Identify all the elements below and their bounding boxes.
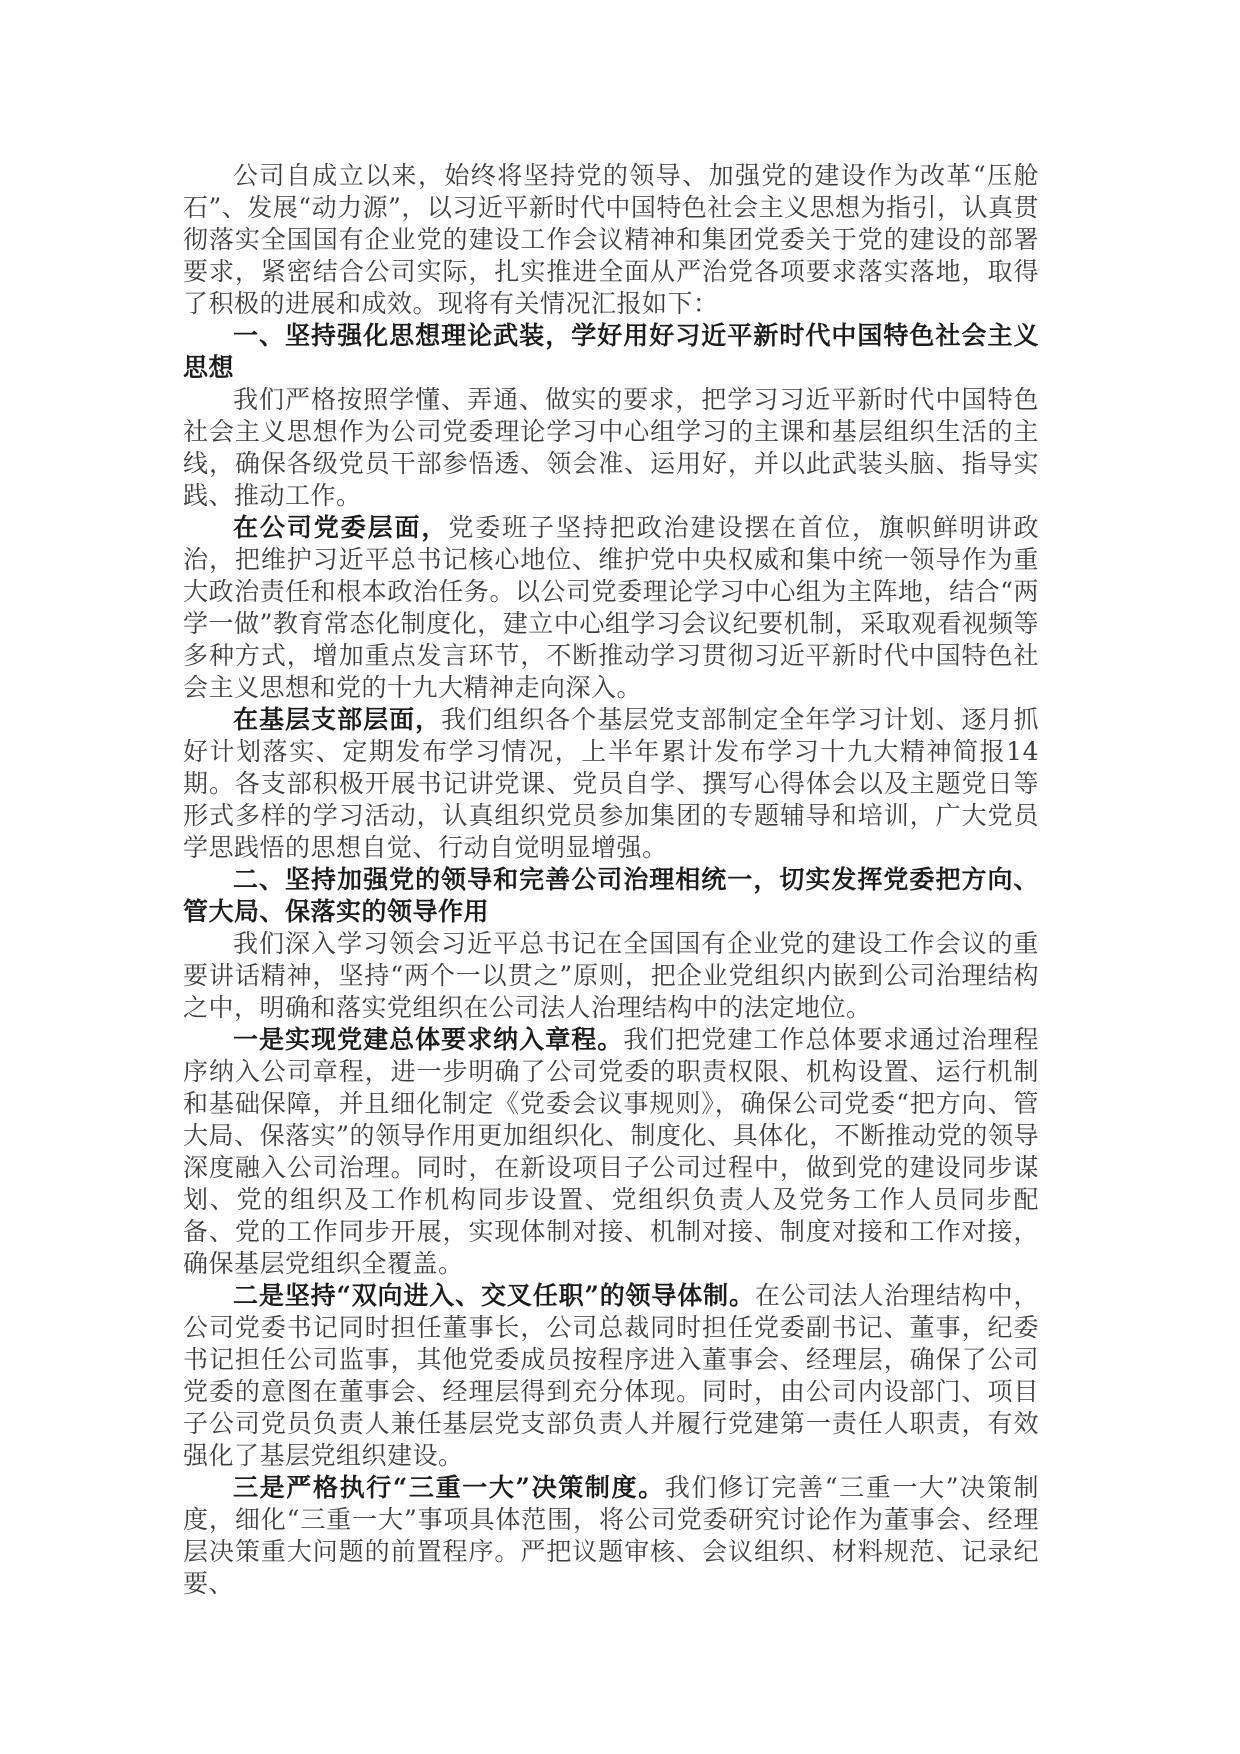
- point-1-paragraph: 一是实现党建总体要求纳入章程。我们把党建工作总体要求通过治理程序纳入公司章程，进…: [183, 1024, 1039, 1280]
- point-3-paragraph: 三是严格执行“三重一大”决策制度。我们修订完善“三重一大”决策制度，细化“三重一…: [183, 1472, 1039, 1600]
- paragraph-lead: 一是实现党建总体要求纳入章程。: [233, 1025, 623, 1054]
- paragraph-text: 我们把党建工作总体要求通过治理程序纳入公司章程，进一步明确了公司党委的职责权限、…: [183, 1025, 1039, 1278]
- paragraph-lead: 二是坚持“双向进入、交叉任职”的领导体制。: [233, 1281, 755, 1310]
- section-2-paragraph: 我们深入学习领会习近平总书记在全国国有企业党的建设工作会议的重要讲话精神，坚持“…: [183, 928, 1039, 1024]
- paragraph-text: 我们深入学习领会习近平总书记在全国国有企业党的建设工作会议的重要讲话精神，坚持“…: [183, 929, 1039, 1022]
- section-1-paragraph: 我们严格按照学懂、弄通、做实的要求，把学习习近平新时代中国特色社会主义思想作为公…: [183, 384, 1039, 512]
- document-page: 公司自成立以来，始终将坚持党的领导、加强党的建设作为改革“压舱石”、发展“动力源…: [0, 0, 1240, 1754]
- section-1-heading: 一、坚持强化思想理论武装，学好用好习近平新时代中国特色社会主义思想: [183, 320, 1039, 384]
- committee-level-paragraph: 在公司党委层面，党委班子坚持把政治建设摆在首位，旗帜鲜明讲政治，把维护习近平总书…: [183, 512, 1039, 704]
- paragraph-lead: 在公司党委层面，: [233, 513, 448, 542]
- section-2-heading: 二、坚持加强党的领导和完善公司治理相统一，切实发挥党委把方向、管大局、保落实的领…: [183, 864, 1039, 928]
- paragraph-text: 我们严格按照学懂、弄通、做实的要求，把学习习近平新时代中国特色社会主义思想作为公…: [183, 385, 1039, 510]
- document-body: 公司自成立以来，始终将坚持党的领导、加强党的建设作为改革“压舱石”、发展“动力源…: [183, 160, 1039, 1600]
- paragraph-lead: 在基层支部层面，: [233, 705, 441, 734]
- branch-level-paragraph: 在基层支部层面，我们组织各个基层党支部制定全年学习计划、逐月抓好计划落实、定期发…: [183, 704, 1039, 864]
- heading-text: 一、坚持强化思想理论武装，学好用好习近平新时代中国特色社会主义思想: [183, 321, 1039, 382]
- point-2-paragraph: 二是坚持“双向进入、交叉任职”的领导体制。在公司法人治理结构中，公司党委书记同时…: [183, 1280, 1039, 1472]
- paragraph-text: 公司自成立以来，始终将坚持党的领导、加强党的建设作为改革“压舱石”、发展“动力源…: [183, 161, 1039, 318]
- opening-paragraph: 公司自成立以来，始终将坚持党的领导、加强党的建设作为改革“压舱石”、发展“动力源…: [183, 160, 1039, 320]
- paragraph-lead: 三是严格执行“三重一大”决策制度。: [233, 1473, 665, 1502]
- heading-text: 二、坚持加强党的领导和完善公司治理相统一，切实发挥党委把方向、管大局、保落实的领…: [183, 865, 1039, 926]
